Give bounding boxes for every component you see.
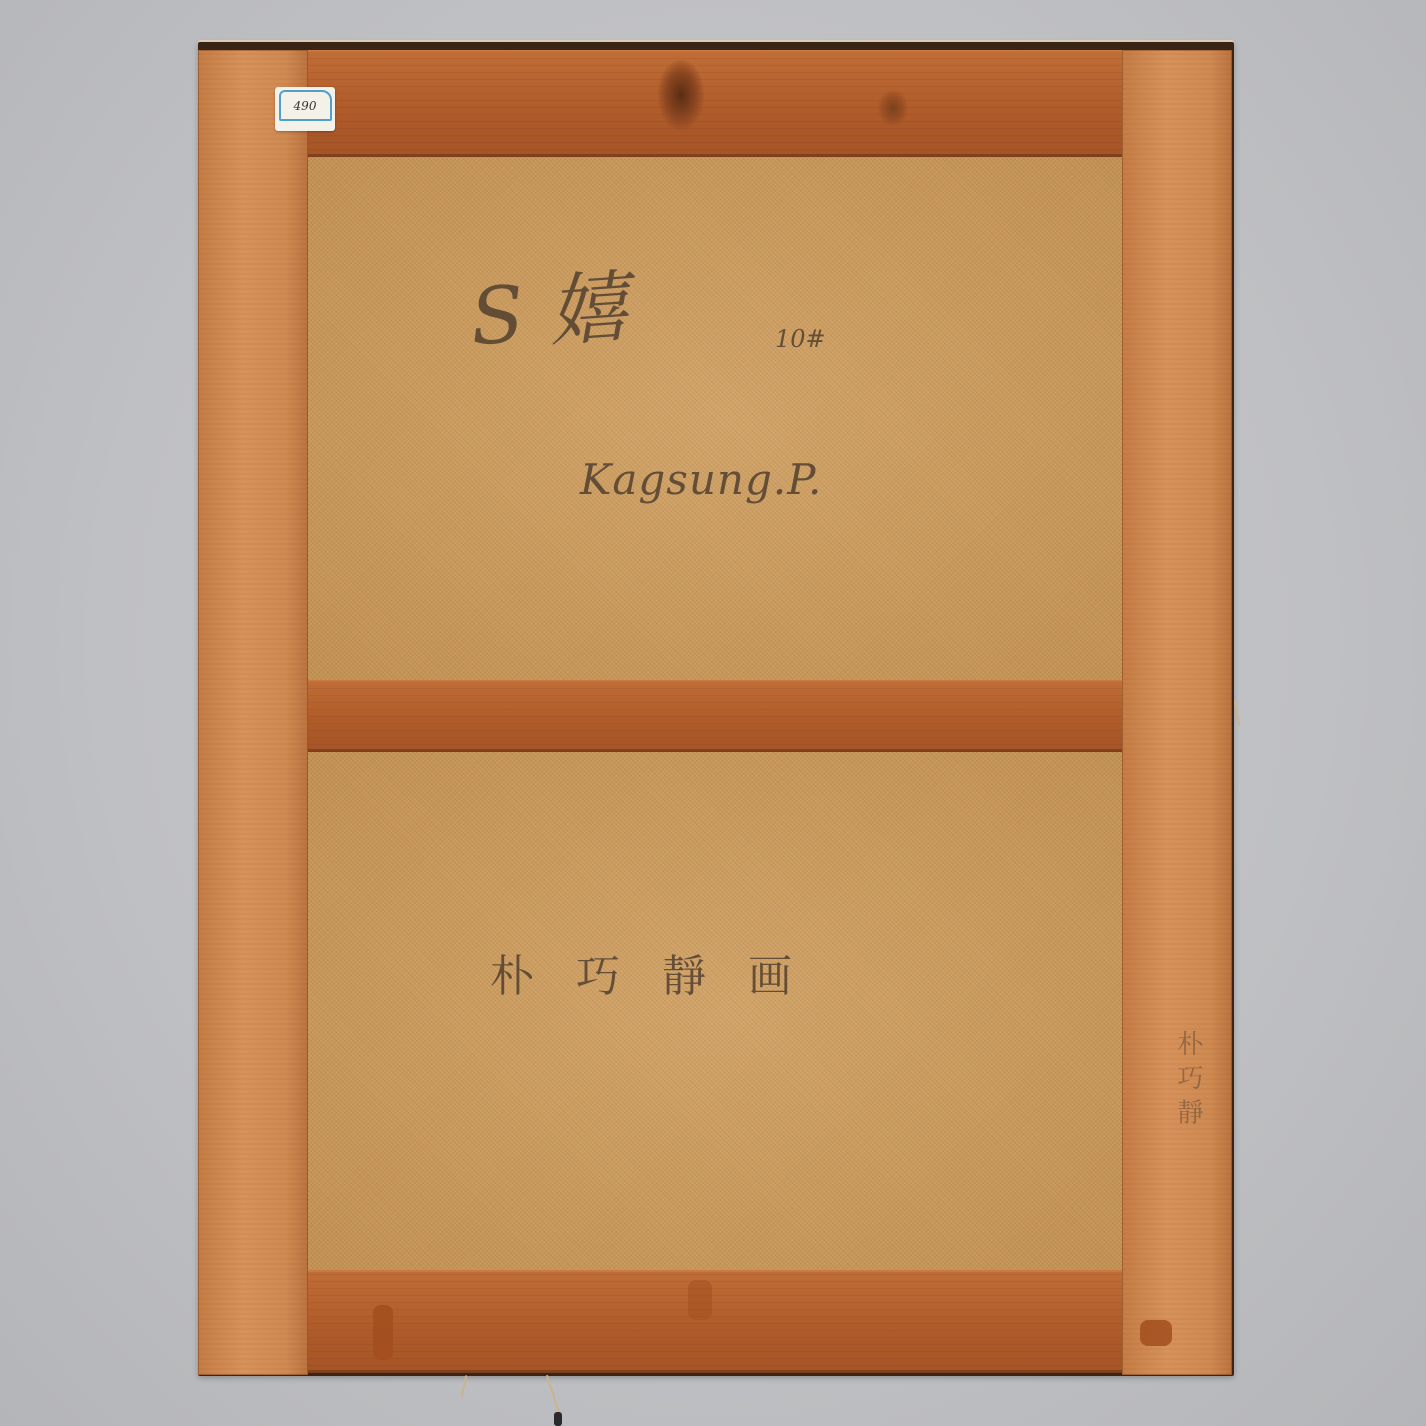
wax-stain — [373, 1305, 393, 1360]
sticker-number: 490 — [275, 99, 335, 113]
loose-thread — [1234, 700, 1240, 726]
linen-lower-panel — [308, 752, 1122, 1272]
linen-upper-panel — [308, 155, 1122, 683]
left-stile — [198, 50, 308, 1375]
romanized-name-inscription: Kagsung.P. — [580, 455, 822, 504]
wood-knot — [658, 60, 704, 130]
chinese-name-inscription: 朴 巧 靜 画 — [490, 940, 806, 1004]
size-inscription: 10# — [775, 325, 826, 353]
signature-inscription: S 嬉 — [466, 245, 630, 368]
inventory-sticker: 490 — [275, 87, 335, 131]
loose-thread — [546, 1375, 560, 1414]
right-stile-inscription: 朴 巧 靜 — [1170, 1030, 1207, 1125]
middle-rail — [308, 680, 1122, 752]
wax-stain — [1140, 1320, 1172, 1346]
loose-thread — [461, 1375, 468, 1397]
bottom-rail — [308, 1270, 1122, 1373]
wax-stain — [688, 1280, 712, 1320]
top-rail — [308, 50, 1122, 157]
hanging-tag — [554, 1412, 562, 1426]
right-stile — [1122, 50, 1232, 1375]
wood-knot — [878, 90, 908, 126]
